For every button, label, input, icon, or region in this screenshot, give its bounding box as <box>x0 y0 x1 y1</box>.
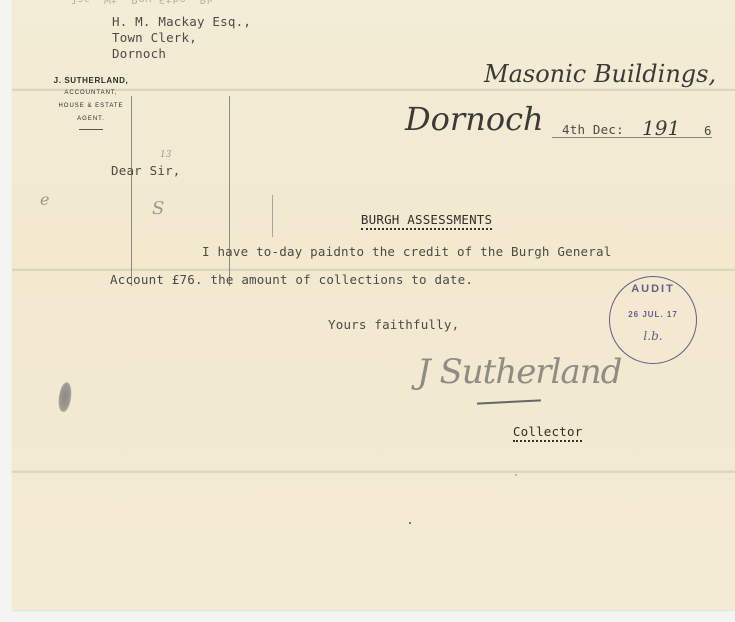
signatory-title: Collector <box>482 409 582 454</box>
address-town: Dornoch <box>405 100 544 138</box>
address-building: Masonic Buildings, <box>484 60 716 88</box>
recipient-town: Dornoch <box>112 46 166 61</box>
pencil-note: S <box>152 198 164 219</box>
salutation: Dear Sir, <box>111 163 181 178</box>
signature: J Sutherland <box>417 352 621 392</box>
recipient-name: H. M. Mackay Esq., <box>112 14 251 29</box>
pencil-note: e <box>40 190 49 209</box>
stamp-initials: l.b. <box>610 329 696 343</box>
date-underline <box>552 137 712 138</box>
paragraph-line-1: I have to-day paidnto the credit of the … <box>202 244 611 259</box>
signatory-title-text: Collector <box>513 424 583 442</box>
pencil-note: 13 <box>160 150 171 160</box>
letterhead-line-1: ACCOUNTANT, <box>32 90 150 96</box>
date-year-suffix: 6 <box>704 123 712 138</box>
paper-speck <box>409 522 411 524</box>
letterhead-line-2: HOUSE & ESTATE <box>32 103 150 109</box>
faded-top-note: Jas. Wt. Roy Sthe. Bk <box>70 0 213 6</box>
ruled-line <box>131 96 132 286</box>
audit-stamp: AUDIT 26 JUL. 17 l.b. <box>609 276 697 364</box>
closing: Yours faithfully, <box>328 317 459 332</box>
pencil-vertical-mark <box>272 195 273 237</box>
paragraph-line-2: Account £76. the amount of collections t… <box>110 272 473 287</box>
subject-heading: BURGH ASSESSMENTS <box>330 197 492 242</box>
subject-text: BURGH ASSESSMENTS <box>361 212 492 230</box>
date-typed: 4th Dec: <box>562 122 624 137</box>
letter-page: Jas. Wt. Roy Sthe. Bk H. M. Mackay Esq.,… <box>12 0 735 610</box>
paper-fold <box>12 470 735 474</box>
letterhead-line-3: AGENT. <box>32 116 150 122</box>
stamp-date: 26 JUL. 17 <box>610 310 696 319</box>
signature-stroke <box>477 399 541 404</box>
stamp-label: AUDIT <box>610 283 696 295</box>
recipient-title: Town Clerk, <box>112 30 197 45</box>
letterhead-name: J. SUTHERLAND, <box>32 76 150 85</box>
letterhead-rule <box>79 129 103 130</box>
letterhead: J. SUTHERLAND, ACCOUNTANT, HOUSE & ESTAT… <box>32 76 150 130</box>
ink-blot <box>57 381 73 412</box>
paper-speck <box>515 474 517 476</box>
